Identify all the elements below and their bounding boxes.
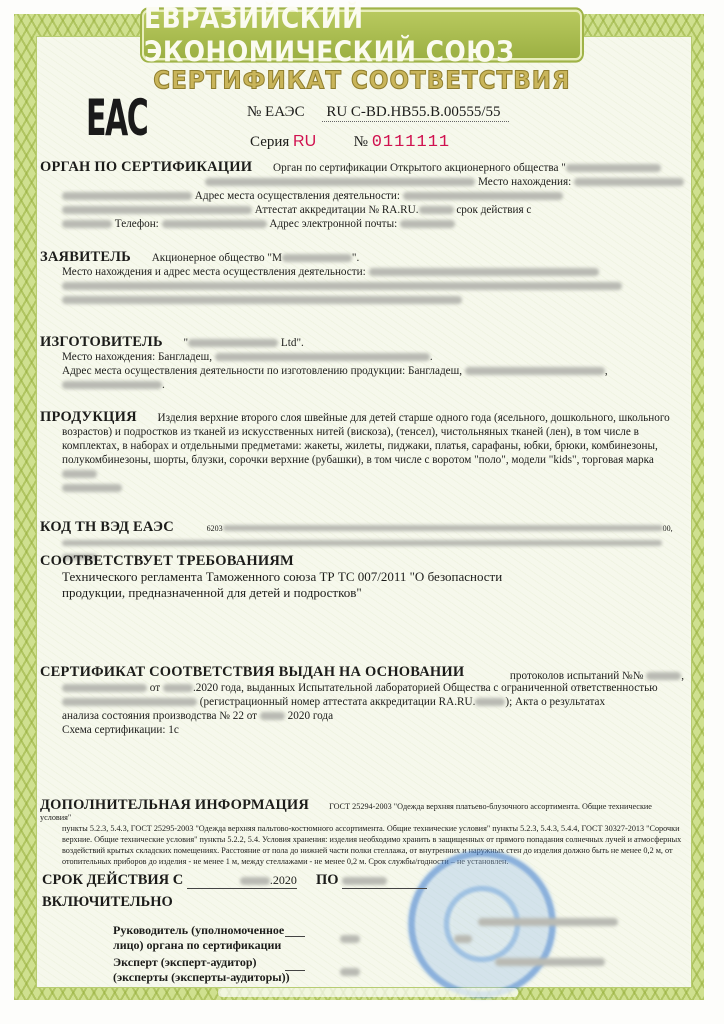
section-compliance: СООТВЕТСТВУЕТ ТРЕБОВАНИЯМ Технического р…	[40, 553, 684, 601]
compliance-text: Технического регламента Таможенного союз…	[40, 569, 684, 601]
heading-manufacturer: ИЗГОТОВИТЕЛЬ	[40, 334, 163, 350]
validity-from-value: .2020	[187, 873, 297, 889]
heading-certification-body: ОРГАН ПО СЕРТИФИКАЦИИ	[40, 159, 252, 175]
validity-inclusive: ВКЛЮЧИТЕЛЬНО	[42, 894, 173, 911]
registration-number: № ЕАЭС RU C-BD.HB55.B.00555/55	[247, 104, 509, 122]
reg-value: RU C-BD.HB55.B.00555/55	[322, 104, 508, 122]
number-label: №	[354, 134, 368, 150]
series-label: Серия	[250, 134, 289, 150]
additional-info-text: пункты 5.2.3, 5.4.3, ГОСТ 25295-2003 "Од…	[40, 823, 684, 867]
heading-additional-info: ДОПОЛНИТЕЛЬНАЯ ИНФОРМАЦИЯ	[40, 797, 309, 813]
series-number: Серия RU № 0111111	[250, 133, 450, 152]
union-banner: ЕВРАЗИЙСКИЙ ЭКОНОМИЧЕСКИЙ СОЮЗ	[142, 10, 582, 61]
heading-hs-code: КОД ТН ВЭД ЕАЭС	[40, 519, 174, 535]
heading-compliance: СООТВЕТСТВУЕТ ТРЕБОВАНИЯМ	[40, 553, 666, 569]
validity-period: СРОК ДЕЙСТВИЯ С .2020 ПО	[42, 872, 297, 889]
eac-logo-icon: ЕАС	[86, 90, 147, 148]
number-value: 0111111	[372, 133, 450, 152]
reg-label: № ЕАЭС	[247, 104, 305, 120]
signature-expert: Эксперт (эксперт-аудитор) (эксперты (экс…	[113, 955, 290, 985]
heading-applicant: ЗАЯВИТЕЛЬ	[40, 249, 131, 265]
heading-product: ПРОДУКЦИЯ	[40, 409, 137, 425]
printer-imprint	[218, 988, 518, 997]
section-manufacturer: ИЗГОТОВИТЕЛЬ " Ltd". Место нахождения: Б…	[40, 335, 684, 392]
section-product: ПРОДУКЦИЯ Изделия верхние второго слоя ш…	[40, 410, 684, 495]
section-basis: СЕРТИФИКАТ СООТВЕТСТВИЯ ВЫДАН НА ОСНОВАН…	[40, 665, 684, 737]
heading-basis: СЕРТИФИКАТ СООТВЕТСТВИЯ ВЫДАН НА ОСНОВАН…	[40, 664, 464, 680]
product-description: Изделия верхние второго слоя швейные для…	[62, 412, 670, 466]
series-value: RU	[293, 133, 316, 150]
signature-head: Руководитель (уполномоченное лицо) орган…	[113, 923, 284, 953]
section-certification-body: ОРГАН ПО СЕРТИФИКАЦИИ Орган по сертифика…	[40, 160, 684, 231]
section-additional-info: ДОПОЛНИТЕЛЬНАЯ ИНФОРМАЦИЯ ГОСТ 25294-200…	[40, 800, 684, 867]
section-applicant: ЗАЯВИТЕЛЬ Акционерное общество "М". Мест…	[40, 250, 684, 307]
certification-scheme: Схема сертификации: 1с	[40, 723, 684, 737]
